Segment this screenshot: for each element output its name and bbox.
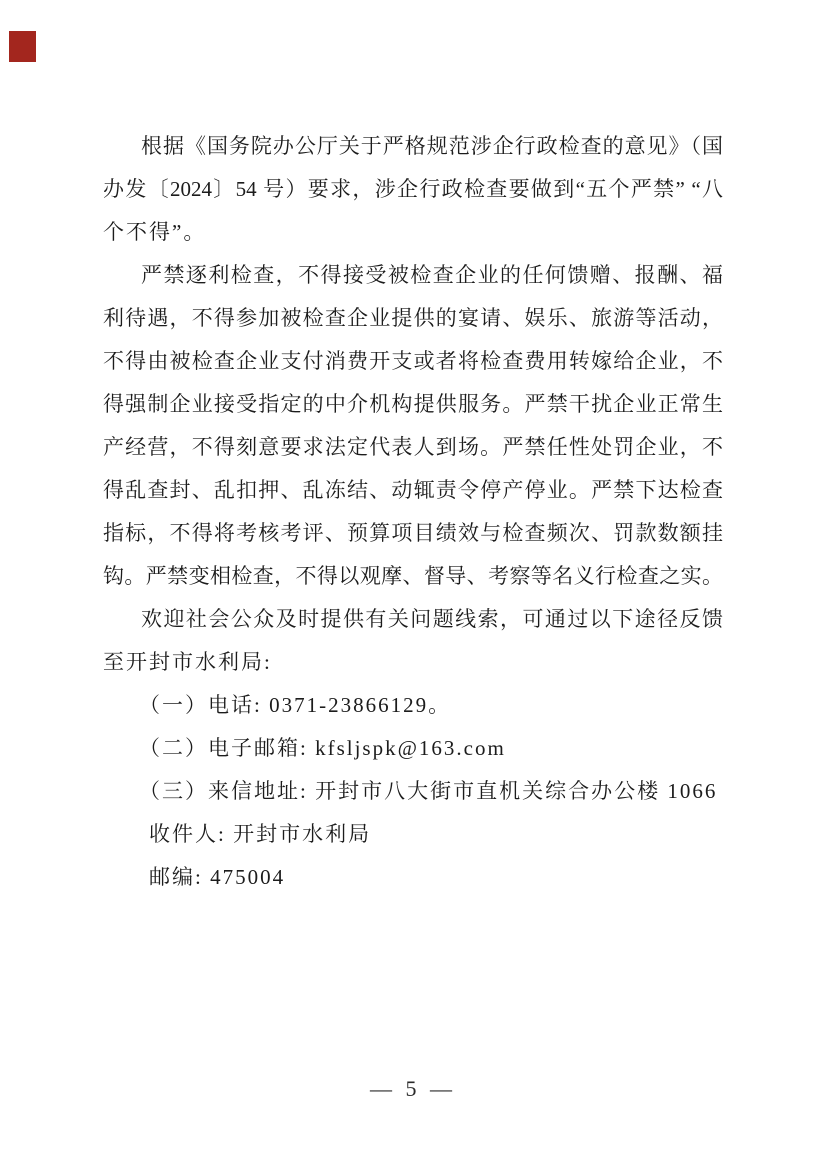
body-line: 得强制企业接受指定的中介机构提供服务。严禁干扰企业正常生 — [103, 383, 723, 426]
body-line: 欢迎社会公众及时提供有关问题线索，可通过以下途径反馈 — [103, 598, 723, 641]
page-number: — 5 — — [0, 1076, 826, 1102]
contact-postcode-line: 邮编: 475004 — [103, 856, 723, 899]
contact-email-line: （二）电子邮箱: kfsljspk@163.com — [103, 727, 723, 770]
body-line: 办发〔2024〕54 号）要求，涉企行政检查要做到“五个严禁” “八 — [103, 168, 723, 211]
body-line: 至开封市水利局: — [103, 641, 723, 684]
body-line: 指标，不得将考核考评、预算项目绩效与检查频次、罚款数额挂 — [103, 512, 723, 555]
body-line: 产经营，不得刻意要求法定代表人到场。严禁任性处罚企业，不 — [103, 426, 723, 469]
contact-address-line: （三）来信地址: 开封市八大街市直机关综合办公楼 1066 — [103, 770, 723, 813]
body-line: 利待遇，不得参加被检查企业提供的宴请、娱乐、旅游等活动， — [103, 297, 723, 340]
body-line: 个不得”。 — [103, 211, 723, 254]
red-corner-mark — [9, 31, 36, 62]
body-line: 严禁逐利检查，不得接受被检查企业的任何馈赠、报酬、福 — [103, 254, 723, 297]
contact-recipient-line: 收件人: 开封市水利局 — [103, 813, 723, 856]
document-page: { "page": { "corner_mark_color": "#a3261… — [0, 0, 826, 1169]
body-line: 钩。严禁变相检查，不得以观摩、督导、考察等名义行检查之实。 — [103, 555, 723, 598]
document-body: 根据《国务院办公厅关于严格规范涉企行政检查的意见》（国 办发〔2024〕54 号… — [103, 125, 723, 899]
body-line: 不得由被检查企业支付消费开支或者将检查费用转嫁给企业，不 — [103, 340, 723, 383]
body-line: 根据《国务院办公厅关于严格规范涉企行政检查的意见》（国 — [103, 125, 723, 168]
contact-phone-line: （一）电话: 0371-23866129。 — [103, 684, 723, 727]
body-line: 得乱查封、乱扣押、乱冻结、动辄责令停产停业。严禁下达检查 — [103, 469, 723, 512]
